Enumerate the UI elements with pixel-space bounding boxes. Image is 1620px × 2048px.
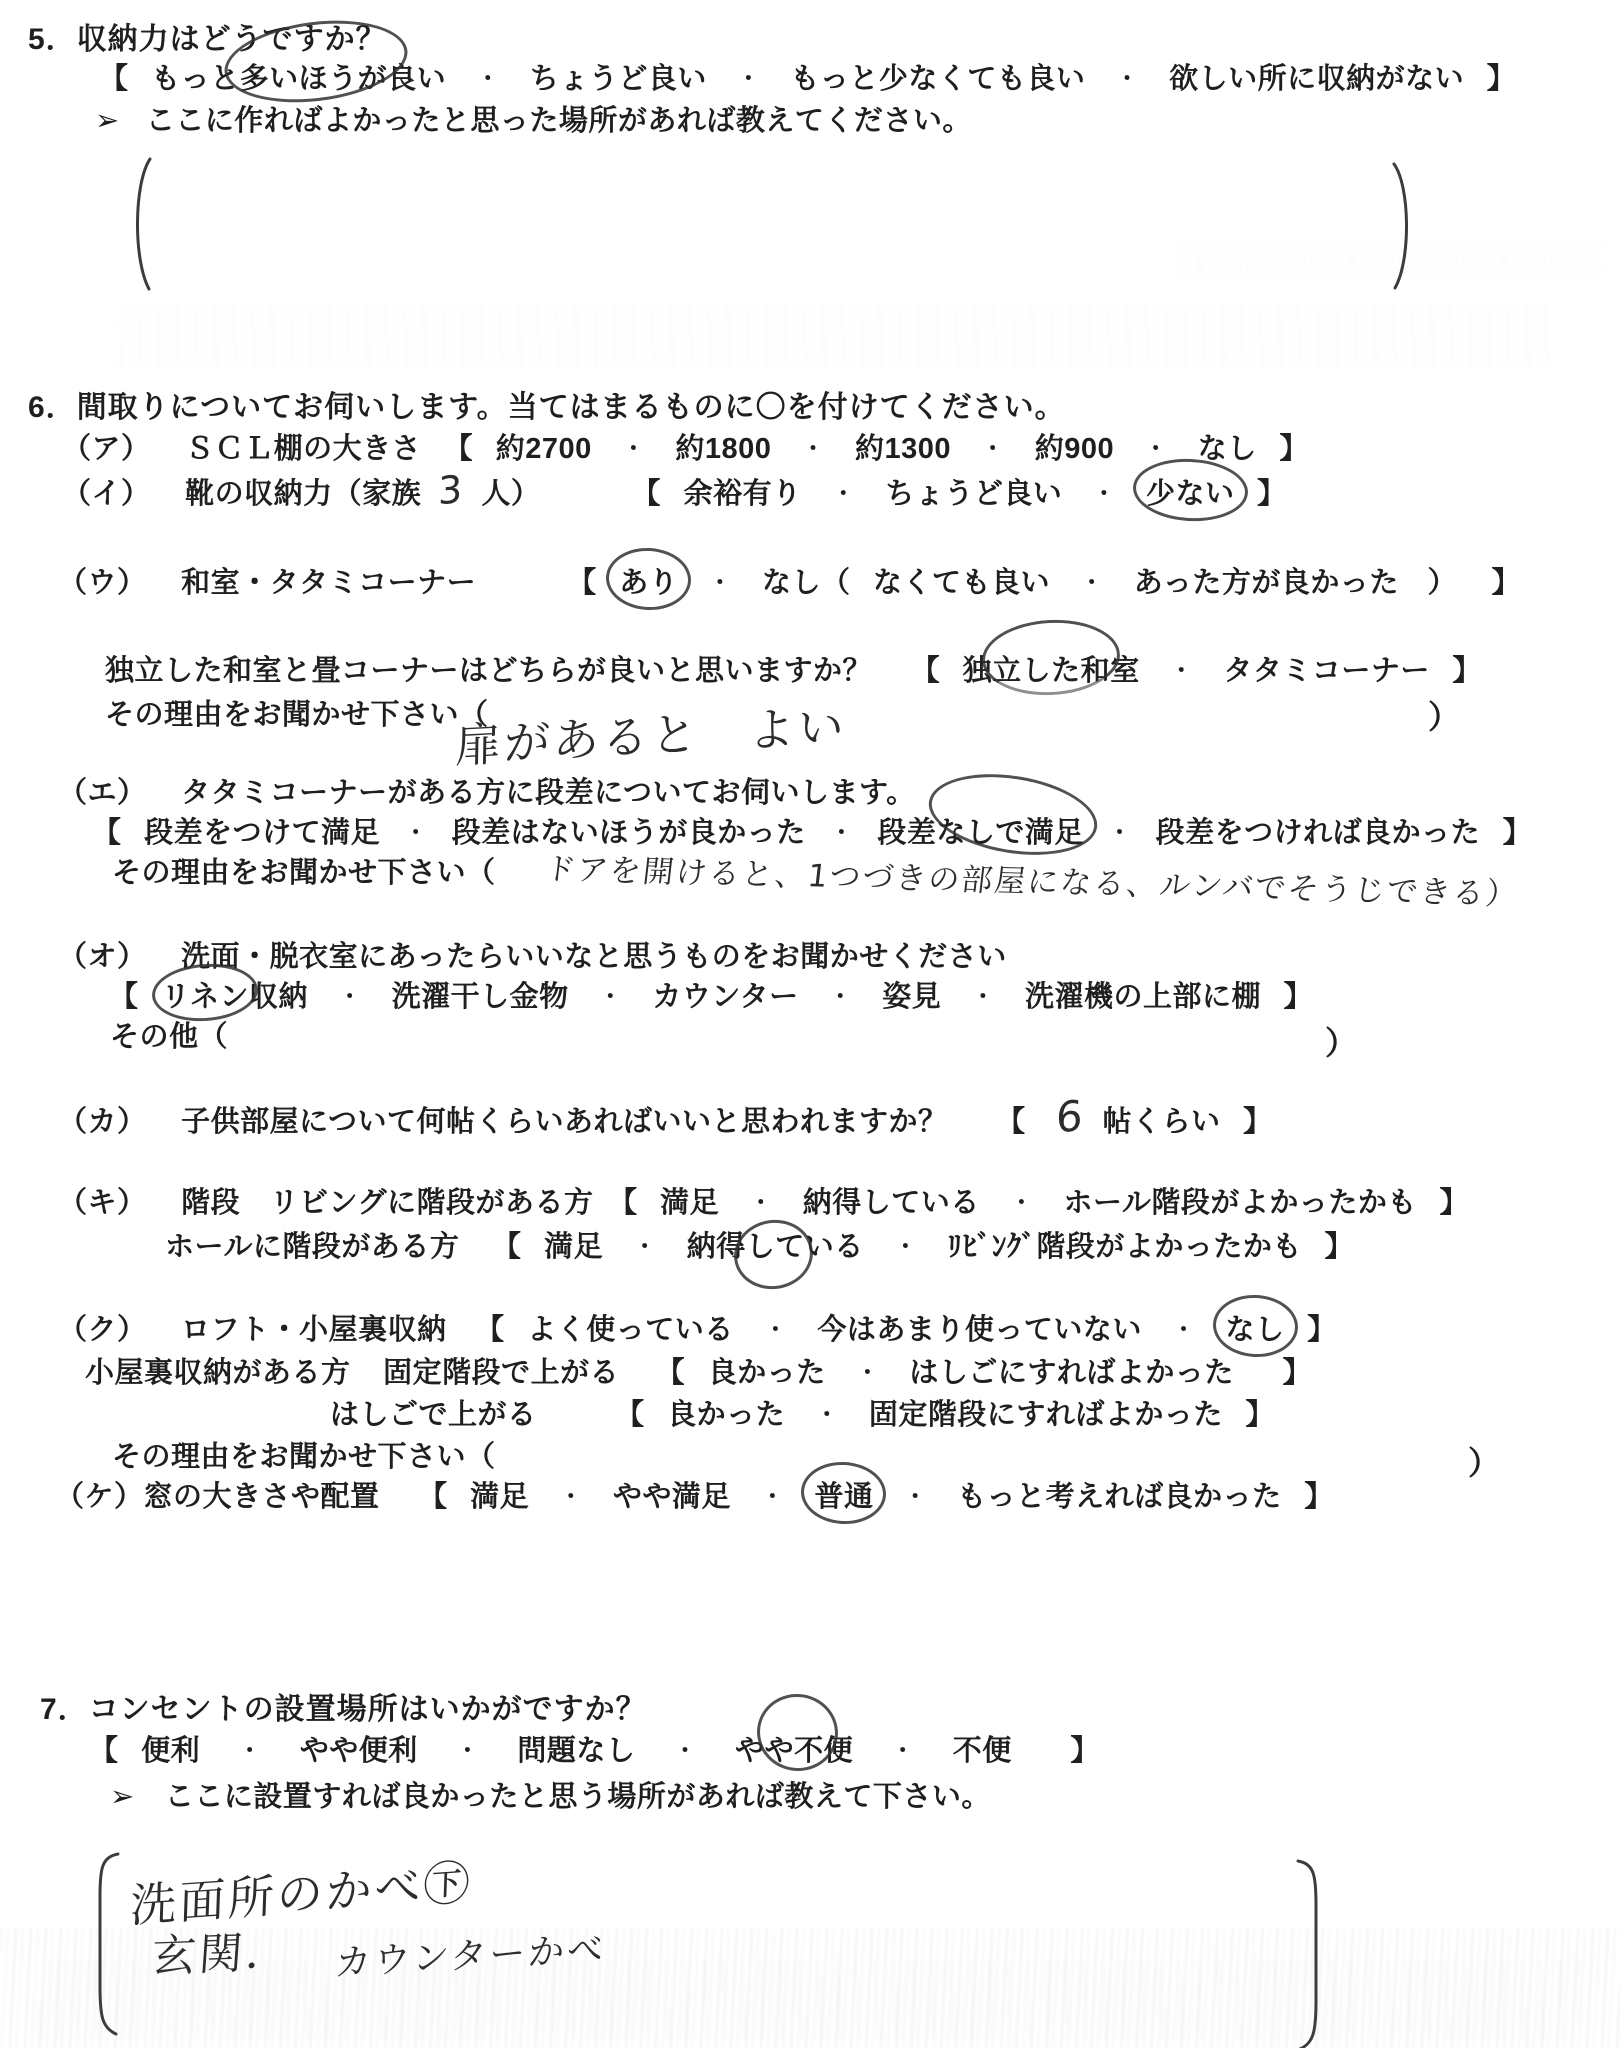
q6ki-option-satisfied: 満足 — [660, 1187, 719, 1219]
q7-title: コンセントの設置場所はいかがですか？ — [89, 1693, 647, 1726]
q6u-option-no: なし（ — [762, 567, 851, 599]
q6u-sub-question: 独立した和室と畳コーナーはどちらが良いと思いますか？ — [105, 655, 872, 687]
open-bracket: 【 — [444, 433, 474, 465]
q7-option-no-problem: 問題なし — [517, 1735, 635, 1767]
close-bracket: 】 — [1439, 1187, 1469, 1219]
q6-heading: 6．間取りについてお伺いします。当てはまるものに〇を付けてください。 — [28, 382, 1066, 426]
q7-prompt-line: ➢ここに設置すれば良かったと思う場所があれば教えて下さい。 — [110, 1774, 991, 1815]
open-bracket: 【 — [109, 981, 139, 1013]
q5-option-less: もっと少なくても良い — [790, 63, 1085, 95]
selection-circle-q6i-few: 少ない — [1146, 471, 1235, 512]
q6ku-row2-name: 小屋裏収納がある方 — [85, 1357, 351, 1389]
separator-dot: ・ — [829, 984, 852, 1009]
q6ki-label: （キ） — [58, 1187, 147, 1219]
open-bracket: 【 — [89, 1735, 119, 1767]
q6o-line: （オ） 洗面・脱衣室にあったらいいなと思うものをお聞かせください — [58, 934, 1007, 975]
separator-dot: ・ — [239, 1738, 262, 1763]
handwritten-family-count: 3 — [437, 467, 465, 514]
q6ki-line2: ホールに階段がある方 【 満足 ・ 納得している ・ ﾘﾋﾞﾝｸﾞ階段がよかった… — [165, 1224, 1368, 1265]
open-bracket: 【 — [656, 1357, 686, 1389]
q5-number: 5． — [28, 23, 77, 56]
q6e-option-step-satisfied: 段差をつけて満足 — [144, 817, 380, 849]
arrow-bullet-icon: ➢ — [110, 1781, 135, 1813]
q6e-name: タタミコーナーがある方に段差についてお伺いします。 — [181, 777, 916, 809]
q6-title: 間取りについてお伺いします。当てはまるものに〇を付けてください。 — [77, 391, 1066, 424]
q6ke-option-somewhat: やや満足 — [613, 1481, 731, 1513]
q6ki-name: 階段 リビングに階段がある方 — [181, 1187, 593, 1219]
separator-dot: ・ — [1108, 820, 1131, 845]
q5-prompt: ここに作ればよかったと思った場所があれば教えてください。 — [146, 105, 972, 137]
q6u-sub-line: 独立した和室と畳コーナーはどちらが良いと思いますか？ 【 独立した和室 ・ タタ… — [105, 648, 1496, 689]
q6a-option-1800: 約1800 — [675, 433, 771, 465]
q5-heading: 5．収納力はどうですか？ — [28, 14, 387, 58]
q6o-option-mirror: 姿見 — [882, 981, 941, 1013]
q6ku-name: ロフト・小屋裏収納 — [181, 1314, 447, 1346]
q6o-options-line: 【 リネン収納 ・ 洗濯干し金物 ・ カウンター ・ 姿見 ・ 洗濯機の上部に棚… — [95, 974, 1327, 1015]
separator-dot: ・ — [982, 436, 1005, 461]
separator-dot: ・ — [972, 984, 995, 1009]
q6i-option-just-right: ちょうど良い — [885, 478, 1062, 510]
q6ke-option-satisfied: 満足 — [470, 1481, 529, 1513]
separator-dot: ・ — [856, 1360, 879, 1385]
q6ku-line2: 小屋裏収納がある方 固定階段で上がる 【 良かった ・ はしごにすればよかった … — [85, 1350, 1326, 1391]
q6e-options-line: 【 段差をつけて満足 ・ 段差はないほうが良かった ・ 段差なしで満足 ・ 段差… — [78, 810, 1546, 851]
separator-dot: ・ — [816, 1402, 839, 1427]
q6ki-row2-satisfied: 満足 — [544, 1231, 603, 1263]
scanned-survey-page: 5．収納力はどうですか？ 【 もっと多いほうが良い ・ ちょうど良い ・ もっと… — [0, 0, 1620, 2048]
q6a-option-900: 約900 — [1035, 433, 1114, 465]
separator-dot: ・ — [1081, 570, 1104, 595]
q6o-other-label: その他（ — [110, 1021, 228, 1053]
q7-number: 7． — [40, 1693, 89, 1726]
separator-dot: ・ — [405, 820, 428, 845]
separator-dot: ・ — [892, 1738, 915, 1763]
answer-bracket-right — [1388, 160, 1422, 292]
close-bracket: 】 — [1245, 1399, 1275, 1431]
q6e-reason-label: その理由をお聞かせ下さい（ — [112, 857, 496, 889]
q6ki-line1: （キ） 階段 リビングに階段がある方 【 満足 ・ 納得している ・ ホール階段… — [58, 1180, 1483, 1221]
open-bracket: 【 — [632, 478, 662, 510]
q6ka-name: 子供部屋について何帖くらいあればいいと思われますか？ — [181, 1106, 947, 1138]
handwritten-reason-step: ドアを開けると、1つづきの部屋になる、ルンバでそうじできる） — [543, 843, 1522, 913]
separator-dot: ・ — [830, 820, 853, 845]
selection-circle-q6e-flat: なしで満足 — [936, 810, 1084, 851]
arrow-bullet-icon: ➢ — [95, 105, 120, 137]
open-bracket: 【 — [911, 655, 941, 687]
q6ku-row2-ladder-better: はしごにすればよかった — [909, 1357, 1234, 1389]
separator-dot: ・ — [599, 984, 622, 1009]
selection-circle-q6u-yes: あり — [619, 560, 678, 601]
q6ku-row2-mode: 固定階段で上がる — [383, 1357, 619, 1389]
q6ke-line: （ケ）窓の大きさや配置 【 満足 ・ やや満足 ・ 普通 ・ もっと考えれば良か… — [55, 1474, 1348, 1515]
q6ki-option-hall-better: ホール階段がよかったかも — [1063, 1187, 1416, 1219]
q6ka-label: （カ） — [58, 1106, 147, 1138]
q7-prompt: ここに設置すれば良かったと思う場所があれば教えて下さい。 — [165, 1781, 991, 1813]
q6ku-reason-line: その理由をお聞かせ下さい（ — [112, 1434, 496, 1475]
q7-options-line: 【 便利 ・ やや便利 ・ 問題なし ・ やや不便 ・ 不便 】 — [75, 1728, 1114, 1769]
selection-circle-q7-inconvenient: や不 — [765, 1728, 824, 1769]
open-bracket: 【 — [567, 567, 597, 599]
q6u-name: 和室・タタミコーナー — [181, 567, 476, 599]
separator-dot: ・ — [761, 1484, 784, 1509]
q7-option-inconvenient: 不便 — [953, 1735, 1012, 1767]
open-bracket: 【 — [92, 817, 122, 849]
close-bracket: 】 — [1452, 655, 1482, 687]
selection-circle-q6u-washitsu: 立した和 — [992, 648, 1110, 689]
q6ki-row2-name: ホールに階段がある方 — [165, 1231, 459, 1263]
q6u-option-no-wanted: あった方が良かった — [1134, 567, 1399, 599]
separator-dot: ・ — [560, 1484, 583, 1509]
q6i-name: 靴の収納力（家族 — [185, 478, 421, 510]
q6ku-option-rarely: 今はあまり使っていない — [817, 1314, 1142, 1346]
handwritten-outlet-answer-2a: 玄関． — [150, 1915, 295, 1984]
close-bracket: 】 — [1070, 1735, 1100, 1767]
q6ku-label: （ク） — [58, 1314, 147, 1346]
separator-dot: ・ — [904, 1484, 927, 1509]
q6e-line: （エ） タタミコーナーがある方に段差についてお伺いします。 — [58, 770, 916, 811]
separator-dot: ・ — [1093, 481, 1116, 506]
separator-dot: ・ — [622, 436, 645, 461]
q6i-label: （イ） — [62, 478, 151, 510]
q6u-reason-label: その理由をお聞かせ下さい（ — [105, 699, 489, 731]
separator-dot: ・ — [674, 1738, 697, 1763]
handwritten-outlet-answer-2b: カウンターかべ — [333, 1921, 609, 1987]
q6ku-line1: （ク） ロフト・小屋裏収納 【 よく使っている ・ 今はあまり使っていない ・ … — [58, 1307, 1351, 1348]
q6ku-row3-stairs-better: 固定階段にすればよかった — [869, 1399, 1223, 1431]
handwritten-reason-washitsu: 扉があると よい — [455, 690, 848, 777]
reason-close-paren: ） — [1468, 1438, 1500, 1484]
close-bracket: 】 — [1304, 1481, 1334, 1513]
separator-dot: ・ — [802, 436, 825, 461]
q6e-option-wish-step: 段差をつければ良かった — [1156, 817, 1481, 849]
close-bracket: 】 — [1307, 1314, 1337, 1346]
open-bracket: 【 — [996, 1106, 1026, 1138]
close-bracket: 】 — [1243, 1106, 1273, 1138]
q6e-option-no-step-better: 段差はないほうが良かった — [452, 817, 806, 849]
close-bracket: 】 — [1257, 478, 1287, 510]
q6ke-name: 窓の大きさや配置 — [144, 1481, 380, 1513]
close-bracket: 】 — [1282, 1357, 1312, 1389]
q6u-sub-option-washitsu: 独立した和室 — [963, 655, 1140, 687]
inner-paren-close: ） — [1427, 567, 1457, 599]
q6o-name: 洗面・脱衣室にあったらいいなと思うものをお聞かせください — [181, 941, 1007, 973]
open-bracket: 【 — [608, 1187, 638, 1219]
q6e-reason-line: その理由をお聞かせ下さい（ — [112, 850, 496, 891]
q6u-label: （ウ） — [58, 567, 147, 599]
q6a-option-2700: 約2700 — [496, 433, 592, 465]
q6o-label: （オ） — [58, 941, 147, 973]
separator-dot: ・ — [832, 481, 855, 506]
close-bracket: 】 — [1284, 981, 1314, 1013]
q7-option-somewhat-convenient: やや便利 — [300, 1735, 418, 1767]
answer-bracket-right — [1292, 1855, 1328, 2048]
selection-circle-q6o-linen: リネン — [161, 974, 249, 1015]
selection-circle-q6ki-accept: して — [746, 1224, 805, 1265]
separator-dot: ・ — [894, 1234, 917, 1259]
separator-dot: ・ — [764, 1317, 787, 1342]
q6a-line: （ア） ＳＣＬ棚の大きさ 【 約2700 ・ 約1800 ・ 約1300 ・ 約… — [62, 426, 1323, 467]
q6ki-option-accept: 納得している — [803, 1187, 980, 1219]
q6ku-reason-label: その理由をお聞かせ下さい（ — [112, 1441, 496, 1473]
q6o-other-line: その他（ — [110, 1014, 228, 1055]
q6o-option-drying: 洗濯干し金物 — [392, 981, 569, 1013]
q5-title: 収納力はどうですか？ — [77, 23, 387, 56]
open-bracket: 【 — [418, 1481, 448, 1513]
q7-heading: 7．コンセントの設置場所はいかがですか？ — [40, 1684, 647, 1728]
q6a-label: （ア） — [62, 433, 151, 465]
q6e-option-flat-satisfied: 段差なしで満足 — [877, 817, 1084, 849]
q6ki-row2-living-better: ﾘﾋﾞﾝｸﾞ階段がよかったかも — [947, 1231, 1302, 1263]
close-bracket: 】 — [1492, 567, 1522, 599]
q6ku-option-often: よく使っている — [527, 1314, 734, 1346]
q6ku-row3-mode: はしごで上がる — [330, 1399, 537, 1431]
q6o-option-counter: カウンター — [652, 981, 798, 1013]
q6ka-unit: 帖くらい — [1102, 1106, 1220, 1138]
close-bracket: 】 — [1324, 1231, 1354, 1263]
open-bracket: 【 — [615, 1399, 645, 1431]
handwritten-tatami-count: 6 — [1056, 1091, 1086, 1143]
q5-options-line: 【 もっと多いほうが良い ・ ちょうど良い ・ もっと少なくても良い ・ 欲しい… — [85, 56, 1530, 97]
other-close-paren: ） — [1325, 1018, 1357, 1064]
q6i-name2: 人） — [481, 478, 540, 510]
q6o-option-shelf: 洗濯機の上部に棚 — [1025, 981, 1261, 1013]
q7-option-somewhat-inconvenient: やや不便 — [735, 1735, 853, 1767]
q5-option-just-right: ちょうど良い — [530, 63, 707, 95]
selection-circle-q6ke-normal: 普通 — [814, 1474, 873, 1515]
q5-option-missing-place: 欲しい所に収納がない — [1169, 63, 1464, 95]
selection-circle-q5-more: 多いほうが — [240, 56, 388, 97]
q6a-option-1300: 約1300 — [855, 433, 951, 465]
q6e-label: （エ） — [58, 777, 147, 809]
answer-bracket-left — [122, 155, 156, 293]
reason-close-paren: ） — [1428, 692, 1460, 738]
close-bracket: 】 — [1503, 817, 1533, 849]
q6o-option-linen: リネン収納 — [161, 981, 308, 1013]
q6u-sub-option-tatami: タタミコーナー — [1223, 655, 1430, 687]
selection-circle-q6ku-none: なし — [1226, 1307, 1285, 1348]
separator-dot: ・ — [634, 1234, 657, 1259]
q6i-option-plenty: 余裕有り — [684, 478, 802, 510]
close-bracket: 】 — [1487, 63, 1517, 95]
scan-bleedthrough-band — [120, 305, 1550, 367]
q5-prompt-line: ➢ここに作ればよかったと思った場所があれば教えてください。 — [95, 98, 972, 139]
separator-dot: ・ — [1116, 66, 1139, 91]
q6i-line: （イ） 靴の収納力（家族 3 人） 【 余裕有り ・ ちょうど良い ・ 少ない … — [62, 468, 1301, 512]
answer-bracket-left — [88, 1848, 124, 2038]
separator-dot: ・ — [1172, 1317, 1195, 1342]
open-bracket: 【 — [492, 1231, 522, 1263]
separator-dot: ・ — [477, 66, 500, 91]
q6ku-row2-good: 良かった — [708, 1357, 826, 1389]
separator-dot: ・ — [709, 570, 732, 595]
separator-dot: ・ — [750, 1190, 773, 1215]
separator-dot: ・ — [456, 1738, 479, 1763]
q7-option-convenient: 便利 — [141, 1735, 200, 1767]
q6ki-row2-accept: 納得している — [687, 1231, 864, 1263]
q6ka-line: （カ） 子供部屋について何帖くらいあればいいと思われますか？ 【 6 帖くらい … — [58, 1092, 1287, 1141]
q6a-name: ＳＣＬ棚の大きさ — [185, 433, 421, 465]
open-bracket: 【 — [99, 63, 129, 95]
close-bracket: 】 — [1279, 433, 1309, 465]
separator-dot: ・ — [1145, 436, 1168, 461]
separator-dot: ・ — [1010, 1190, 1033, 1215]
q6u-reason-line: その理由をお聞かせ下さい（ — [105, 692, 489, 733]
q5-option-more: もっと多いほうが良い — [151, 63, 446, 95]
q6u-line: （ウ） 和室・タタミコーナー 【 あり ・ なし（ なくても良い ・ あった方が… — [58, 560, 1535, 601]
q6a-option-none: なし — [1198, 433, 1257, 465]
q6ku-line3: はしごで上がる 【 良かった ・ 固定階段にすればよかった 】 — [330, 1392, 1289, 1433]
q6ke-option-more-thought: もっと考えれば良かった — [957, 1481, 1282, 1513]
q6-number: 6． — [28, 391, 77, 424]
q6ke-label: （ケ） — [55, 1481, 144, 1513]
q6u-option-no-fine: なくても良い — [873, 567, 1050, 599]
q6ku-row3-good: 良かった — [667, 1399, 785, 1431]
separator-dot: ・ — [737, 66, 760, 91]
separator-dot: ・ — [1170, 658, 1193, 683]
separator-dot: ・ — [339, 984, 362, 1009]
open-bracket: 【 — [475, 1314, 505, 1346]
